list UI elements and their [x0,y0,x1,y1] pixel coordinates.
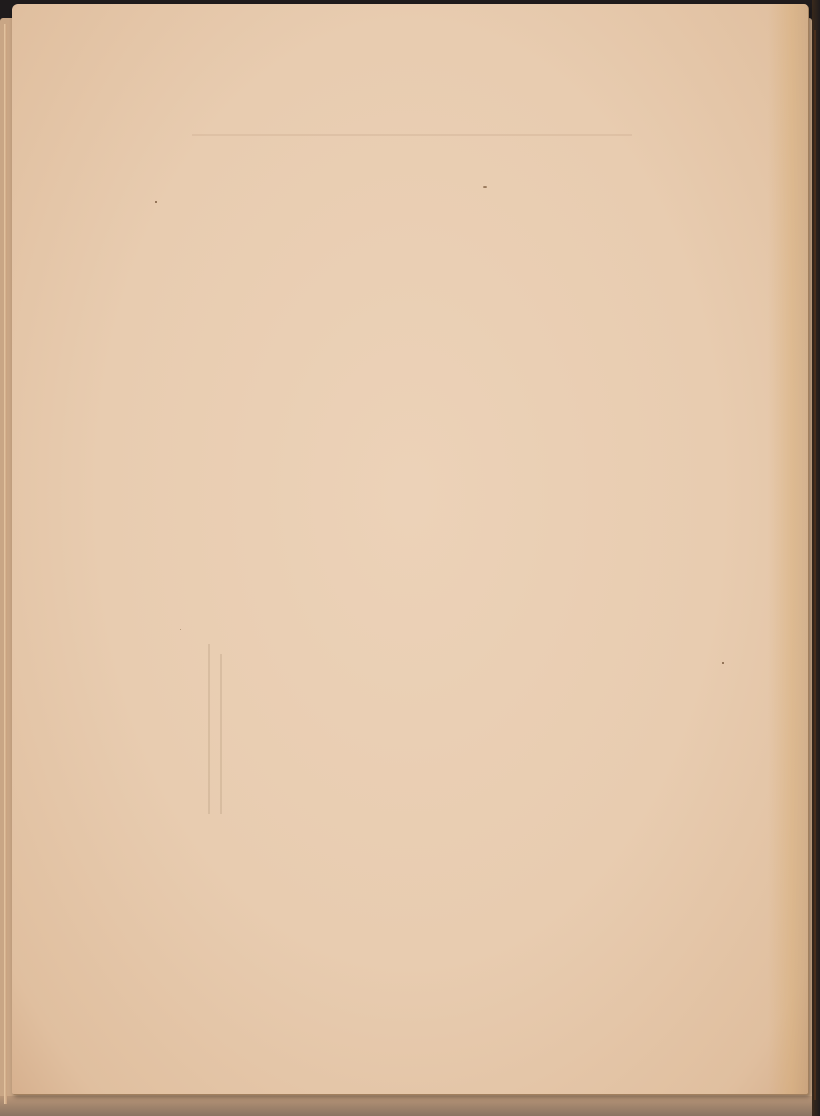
paper-streak [220,654,222,814]
right-spine-line [814,30,816,1100]
underlying-page-bottom-edge [0,1096,812,1116]
paper-streak [208,644,210,814]
paper-fleck [155,201,157,203]
paper-fleck [180,629,181,630]
left-edge-crease [4,24,7,1104]
paper-fleck [483,186,487,188]
blank-paper-page [12,4,808,1094]
paper-fleck [722,662,724,664]
